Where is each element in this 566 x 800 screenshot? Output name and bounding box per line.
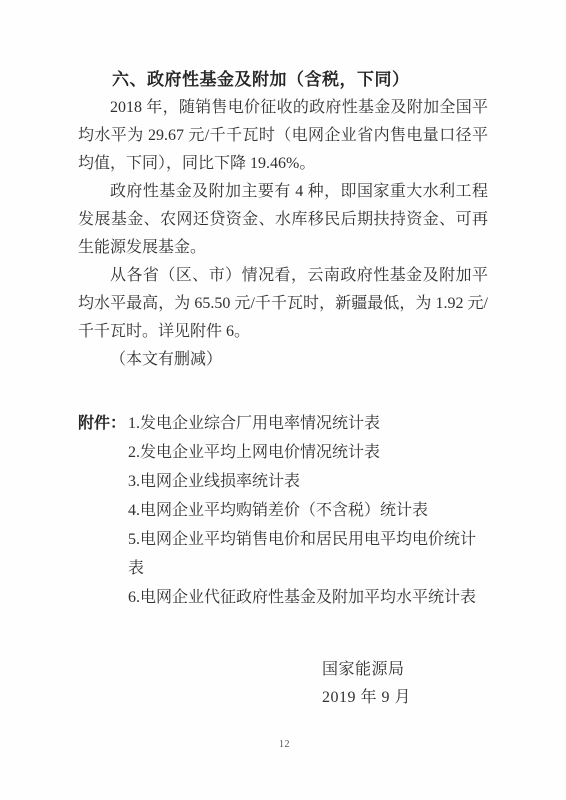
- attachment-item-5: 5.电网企业平均销售电价和居民用电平均电价统计表: [128, 525, 488, 583]
- body-paragraph-1: 2018 年，随销售电价征收的政府性基金及附加全国平均水平为 29.67 元/千…: [78, 94, 488, 178]
- attachment-item-6: 6.电网企业代征政府性基金及附加平均水平统计表: [128, 583, 488, 612]
- abridgment-note: （本文有删减）: [78, 346, 488, 374]
- document-page: 六、政府性基金及附加（含税，下同） 2018 年，随销售电价征收的政府性基金及附…: [0, 0, 566, 800]
- attachment-item-4: 4.电网企业平均购销差价（不含税）统计表: [128, 496, 488, 525]
- attachment-item-2: 2.发电企业平均上网电价情况统计表: [128, 438, 488, 467]
- signature-block: 国家能源局 2019 年 9 月: [322, 656, 411, 712]
- body-paragraph-3: 从各省（区、市）情况看，云南政府性基金及附加平均水平最高，为 65.50 元/千…: [78, 262, 488, 346]
- section-heading: 六、政府性基金及附加（含税，下同）: [78, 66, 488, 94]
- body-paragraph-2: 政府性基金及附加主要有 4 种，即国家重大水利工程发展基金、农网还贷资金、水库移…: [78, 178, 488, 262]
- page-number: 12: [279, 740, 290, 750]
- signature-org: 国家能源局: [322, 656, 411, 684]
- attachment-item-1: 1.发电企业综合厂用电率情况统计表: [128, 409, 488, 438]
- attachments-block: 附件： 1.发电企业综合厂用电率情况统计表 2.发电企业平均上网电价情况统计表 …: [78, 409, 488, 612]
- attachments-list: 1.发电企业综合厂用电率情况统计表 2.发电企业平均上网电价情况统计表 3.电网…: [128, 409, 488, 612]
- signature-date: 2019 年 9 月: [322, 684, 411, 712]
- attachments-label: 附件：: [78, 409, 128, 612]
- attachment-item-3: 3.电网企业线损率统计表: [128, 467, 488, 496]
- document-content: 六、政府性基金及附加（含税，下同） 2018 年，随销售电价征收的政府性基金及附…: [78, 66, 488, 612]
